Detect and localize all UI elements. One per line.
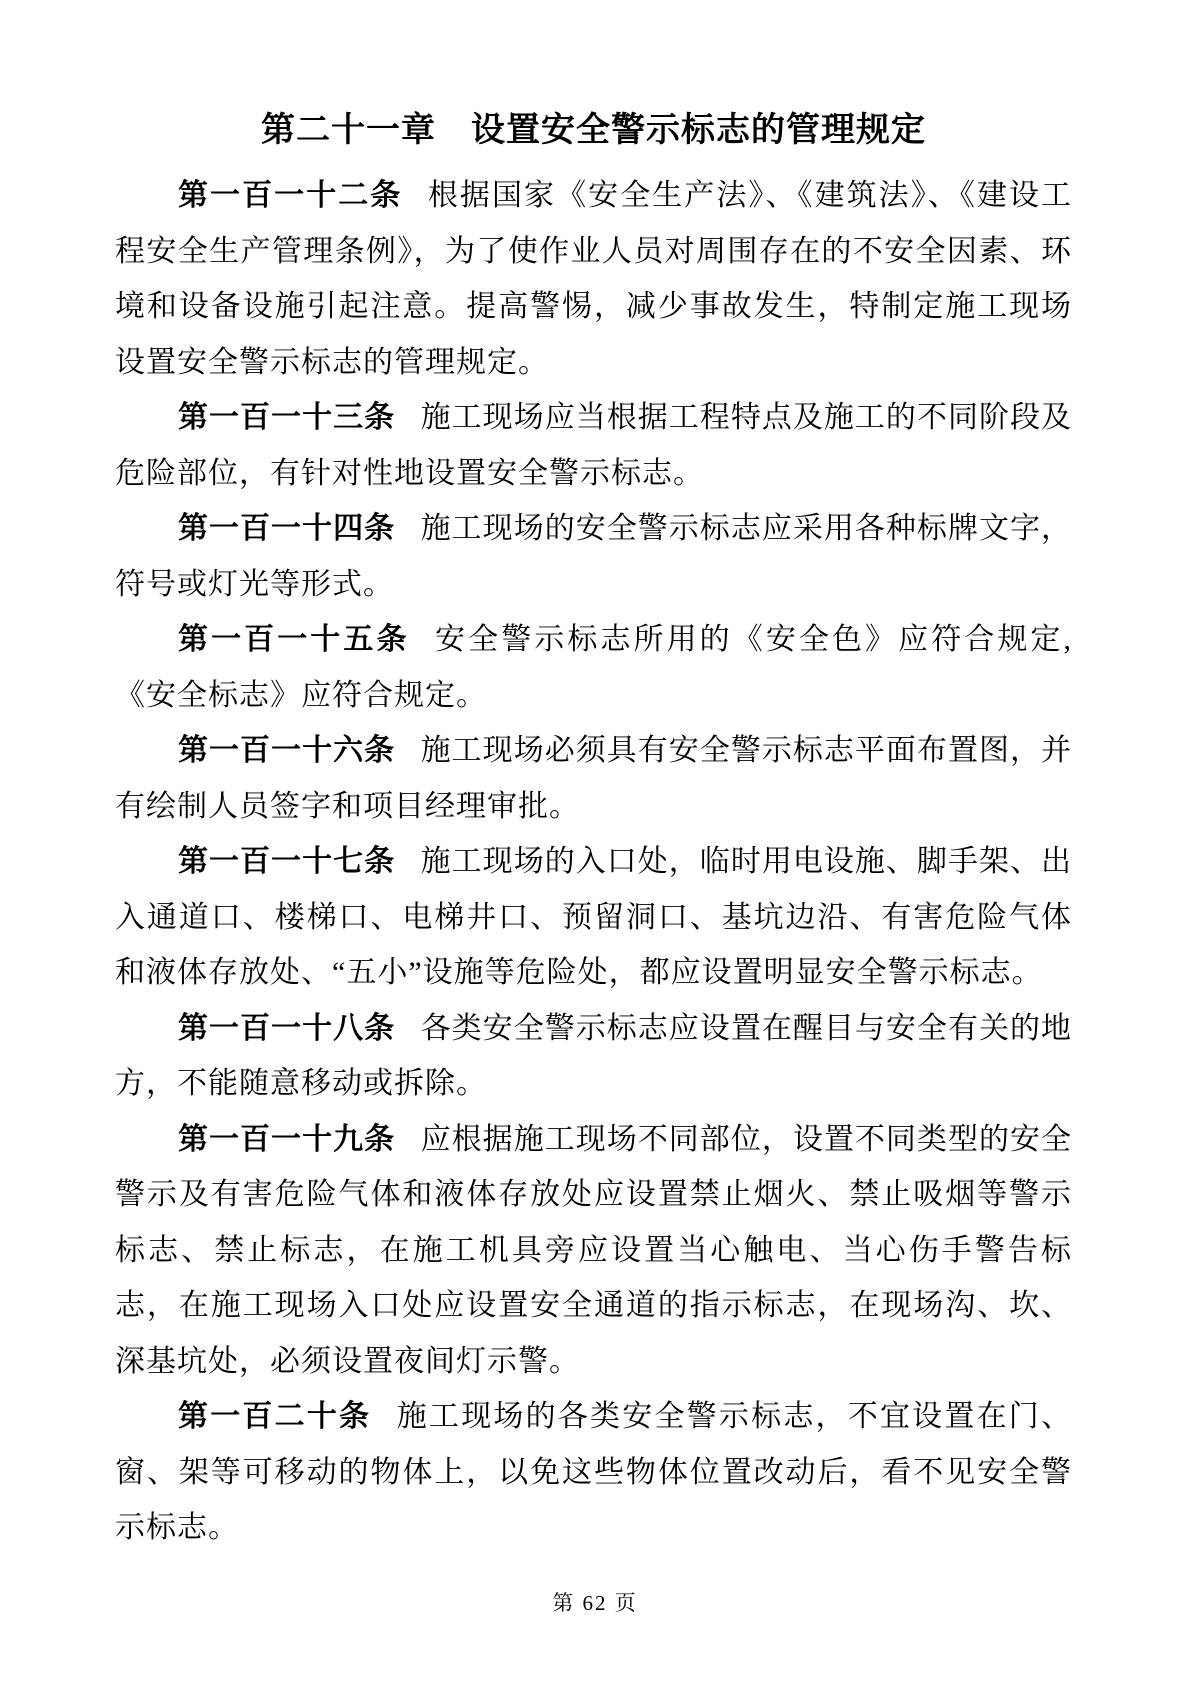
chapter-title: 第二十一章 设置安全警示标志的管理规定 <box>115 102 1072 160</box>
article-112-number: 第一百一十二条 <box>178 179 402 212</box>
document-body: 第一百一十二条根据国家《安全生产法》、《建筑法》、《建设工程安全生产管理条例》，… <box>115 168 1072 1556</box>
article-115: 第一百一十五条安全警示标志所用的《安全色》应符合规定,《安全标志》应符合规定。 <box>115 612 1072 723</box>
article-120: 第一百二十条施工现场的各类安全警示标志，不宜设置在门、窗、架等可移动的物体上，以… <box>115 1389 1072 1556</box>
article-114: 第一百一十四条施工现场的安全警示标志应采用各种标牌文字，符号或灯光等形式。 <box>115 501 1072 612</box>
article-119: 第一百一十九条应根据施工现场不同部位，设置不同类型的安全警示及有害危险气体和液体… <box>115 1112 1072 1390</box>
article-117-number: 第一百一十七条 <box>178 845 395 878</box>
page-footer: 第 62 页 <box>0 1587 1190 1617</box>
article-113: 第一百一十三条施工现场应当根据工程特点及施工的不同阶段及危险部位，有针对性地设置… <box>115 390 1072 501</box>
article-118-number: 第一百一十八条 <box>178 1012 395 1045</box>
article-113-number: 第一百一十三条 <box>178 401 395 434</box>
article-116-number: 第一百一十六条 <box>178 734 395 767</box>
article-115-number: 第一百一十五条 <box>178 623 410 656</box>
article-119-text: 应根据施工现场不同部位，设置不同类型的安全警示及有害危险气体和液体存放处应设置禁… <box>115 1123 1072 1378</box>
article-114-number: 第一百一十四条 <box>178 512 395 545</box>
article-112: 第一百一十二条根据国家《安全生产法》、《建筑法》、《建设工程安全生产管理条例》，… <box>115 168 1072 390</box>
article-120-number: 第一百二十条 <box>178 1400 371 1433</box>
article-119-number: 第一百一十九条 <box>178 1123 395 1156</box>
article-116: 第一百一十六条施工现场必须具有安全警示标志平面布置图，并有绘制人员签字和项目经理… <box>115 723 1072 834</box>
article-118: 第一百一十八条各类安全警示标志应设置在醒目与安全有关的地方，不能随意移动或拆除。 <box>115 1001 1072 1112</box>
article-117: 第一百一十七条施工现场的入口处，临时用电设施、脚手架、出入通道口、楼梯口、电梯井… <box>115 834 1072 1001</box>
document-page: 第二十一章 设置安全警示标志的管理规定 第一百一十二条根据国家《安全生产法》、《… <box>0 0 1190 1683</box>
page-number-label: 第 62 页 <box>552 1591 638 1615</box>
